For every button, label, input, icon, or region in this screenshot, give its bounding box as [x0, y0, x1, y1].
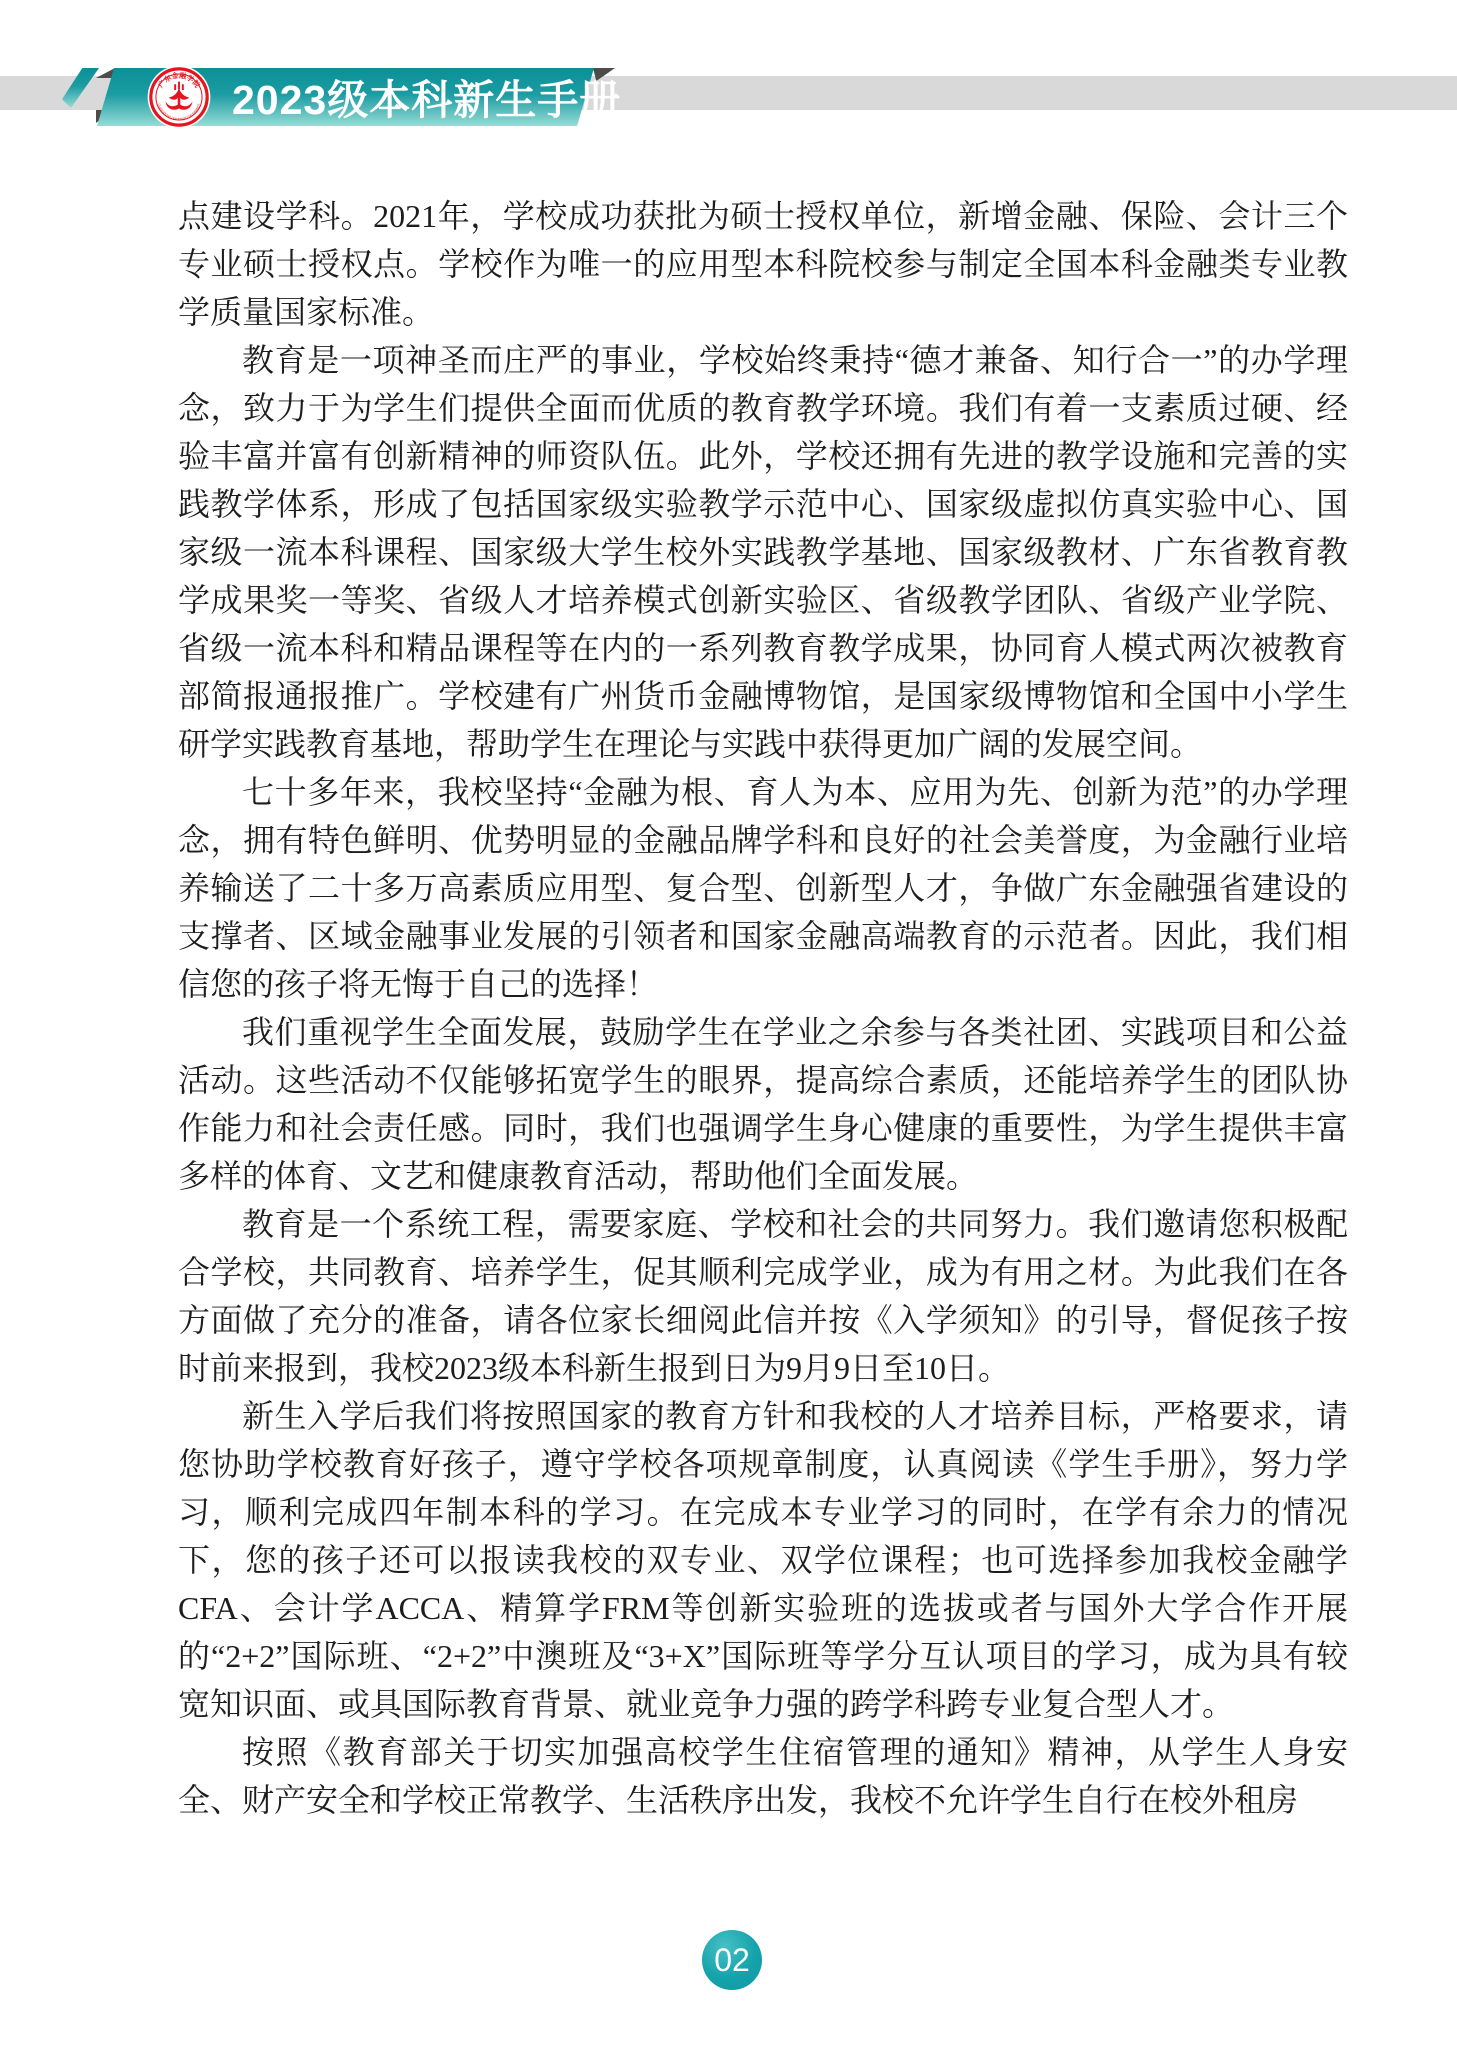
paragraph: 我们重视学生全面发展，鼓励学生在学业之余参与各类社团、实践项目和公益活动。这些活… [178, 1008, 1348, 1200]
paragraph: 按照《教育部关于切实加强高校学生住宿管理的通知》精神，从学生人身安全、财产安全和… [178, 1728, 1348, 1824]
page-number-badge: 02 [702, 1930, 762, 1990]
paragraph: 新生入学后我们将按照国家的教育方针和我校的人才培养目标，严格要求，请您协助学校教… [178, 1392, 1348, 1728]
header-title: 2023级本科新生手册 [232, 78, 621, 122]
paragraph: 教育是一项神圣而庄严的事业，学校始终秉持“德才兼备、知行合一”的办学理念，致力于… [178, 336, 1348, 768]
body-text: 点建设学科。2021年，学校成功获批为硕士授权单位，新增金融、保险、会计三个专业… [178, 192, 1348, 1824]
paragraph: 七十多年来，我校坚持“金融为根、育人为本、应用为先、创新为范”的办学理念，拥有特… [178, 768, 1348, 1008]
university-emblem-icon: 广东金融学院 GUANGDONG UNIVERSITY OF FINANCE [147, 65, 211, 129]
paragraph: 教育是一个系统工程，需要家庭、学校和社会的共同努力。我们邀请您积极配合学校，共同… [178, 1200, 1348, 1392]
page-number: 02 [714, 1942, 750, 1979]
paragraph: 点建设学科。2021年，学校成功获批为硕士授权单位，新增金融、保险、会计三个专业… [178, 192, 1348, 336]
handbook-page: 广东金融学院 GUANGDONG UNIVERSITY OF FINANCE 2… [0, 0, 1457, 2047]
